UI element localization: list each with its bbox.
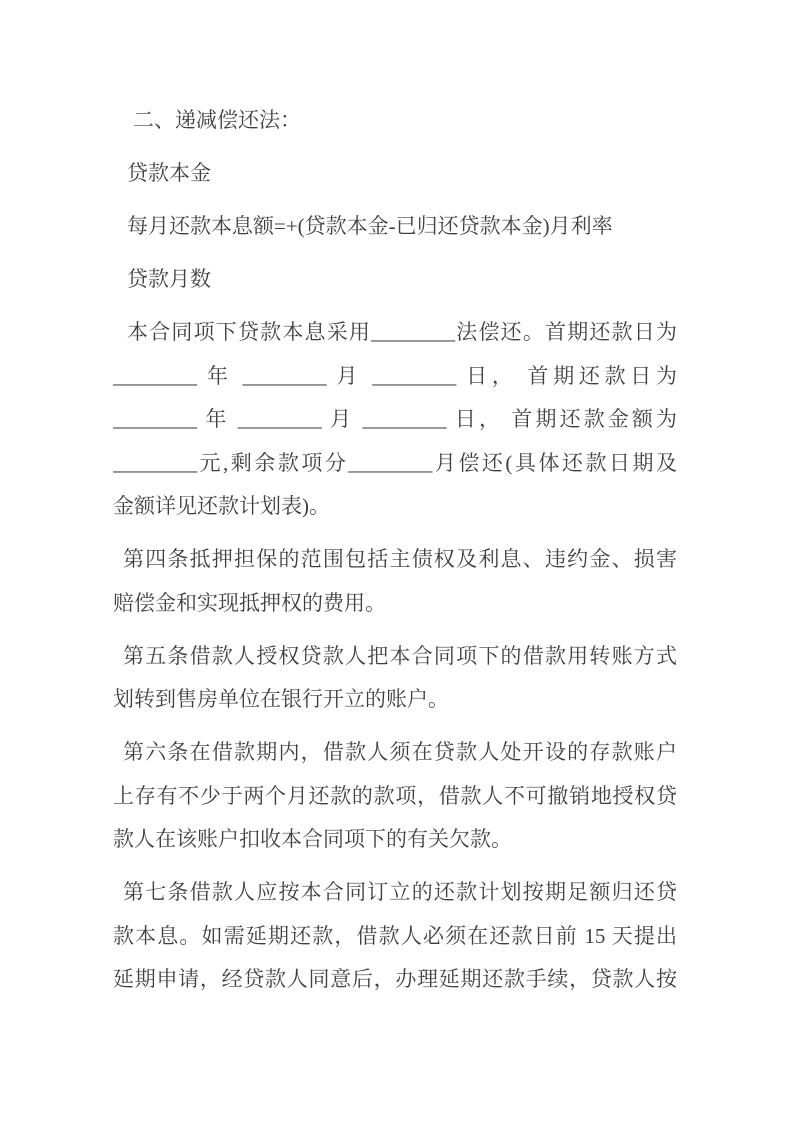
text-line-loan-months: 贷款月数 — [113, 258, 677, 302]
text-line-article-5-end: 划转到售房单位在银行开立的账户。 — [113, 678, 677, 722]
text-line-loan-principal: 贷款本金 — [113, 152, 677, 196]
text-line-article-5-start: 第五条借款人授权贷款人把本合同项下的借款用转账方式 — [113, 635, 677, 679]
document-page: 二、递减偿还法： 贷款本金 每月还款本息额=+(贷款本金-已归还贷款本金)月利率… — [0, 0, 793, 1122]
text-line-article-4-start: 第四条抵押担保的范围包括主债权及利息、违约金、损害 — [113, 538, 677, 582]
text-line-article-7-continue: 延期申请，经贷款人同意后，办理延期还款手续，贷款人按 — [113, 958, 677, 1002]
text-line-article-7-middle: 款本息。如需延期还款，借款人必须在还款日前 15 天提出 — [113, 915, 677, 959]
text-line-article-6-start: 第六条在借款期内，借款人须在贷款人处开设的存款账户 — [113, 731, 677, 775]
text-line-section-heading: 二、递减偿还法： — [113, 99, 677, 143]
text-line-amount-blank: ________元,剩余款项分________月偿还(具体还款日期及 — [113, 442, 677, 486]
text-line-repay-method: 本合同项下贷款本息采用________法偿还。首期还款日为 — [113, 311, 677, 355]
text-line-schedule-note: 金额详见还款计划表)。 — [113, 485, 677, 529]
text-line-article-6-end: 款人在该账户扣收本合同项下的有关欠款。 — [113, 818, 677, 862]
text-line-date-blank-1: ________ 年 ________ 月 ________ 日， 首期还款日为 — [113, 355, 677, 399]
text-line-article-6-middle: 上存有不少于两个月还款的款项，借款人不可撤销地授权贷 — [113, 775, 677, 819]
text-line-formula: 每月还款本息额=+(贷款本金-已归还贷款本金)月利率 — [113, 205, 677, 249]
text-line-article-4-end: 赔偿金和实现抵押权的费用。 — [113, 582, 677, 626]
text-line-date-blank-2: ________ 年 ________ 月 ________ 日， 首期还款金额… — [113, 398, 677, 442]
text-line-article-7-start: 第七条借款人应按本合同订立的还款计划按期足额归还贷 — [113, 871, 677, 915]
